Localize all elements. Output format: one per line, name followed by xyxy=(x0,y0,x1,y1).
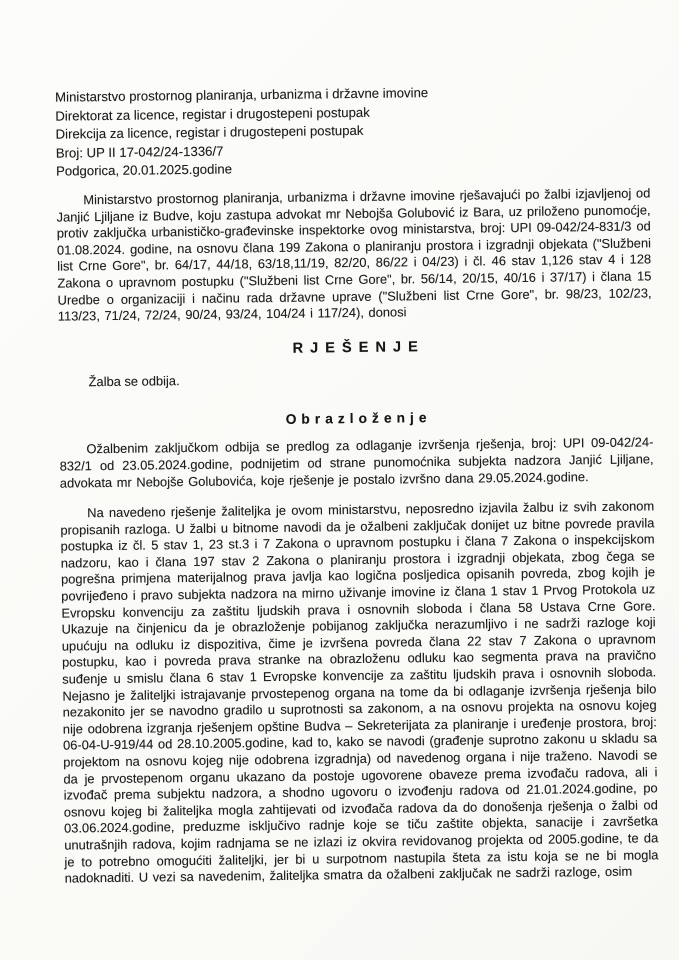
ruling-paragraph: Ožalbenim zaključkom odbija se predlog z… xyxy=(59,435,654,492)
letterhead: Ministarstvo prostornog planiranja, urba… xyxy=(55,81,650,181)
explanation-heading: Obrazloženje xyxy=(59,408,653,430)
scanned-document-page: Ministarstvo prostornog planiranja, urba… xyxy=(0,0,679,960)
appeal-arguments-paragraph: Na navedeno rješenje žaliteljka je ovom … xyxy=(60,498,659,887)
intro-paragraph: Ministarstvo prostornog planiranja, urba… xyxy=(56,185,652,325)
decision-heading: RJEŠENJE xyxy=(58,336,652,359)
verdict-text: Žalba se odbija. xyxy=(59,367,653,391)
document-content: Ministarstvo prostornog planiranja, urba… xyxy=(55,81,659,887)
